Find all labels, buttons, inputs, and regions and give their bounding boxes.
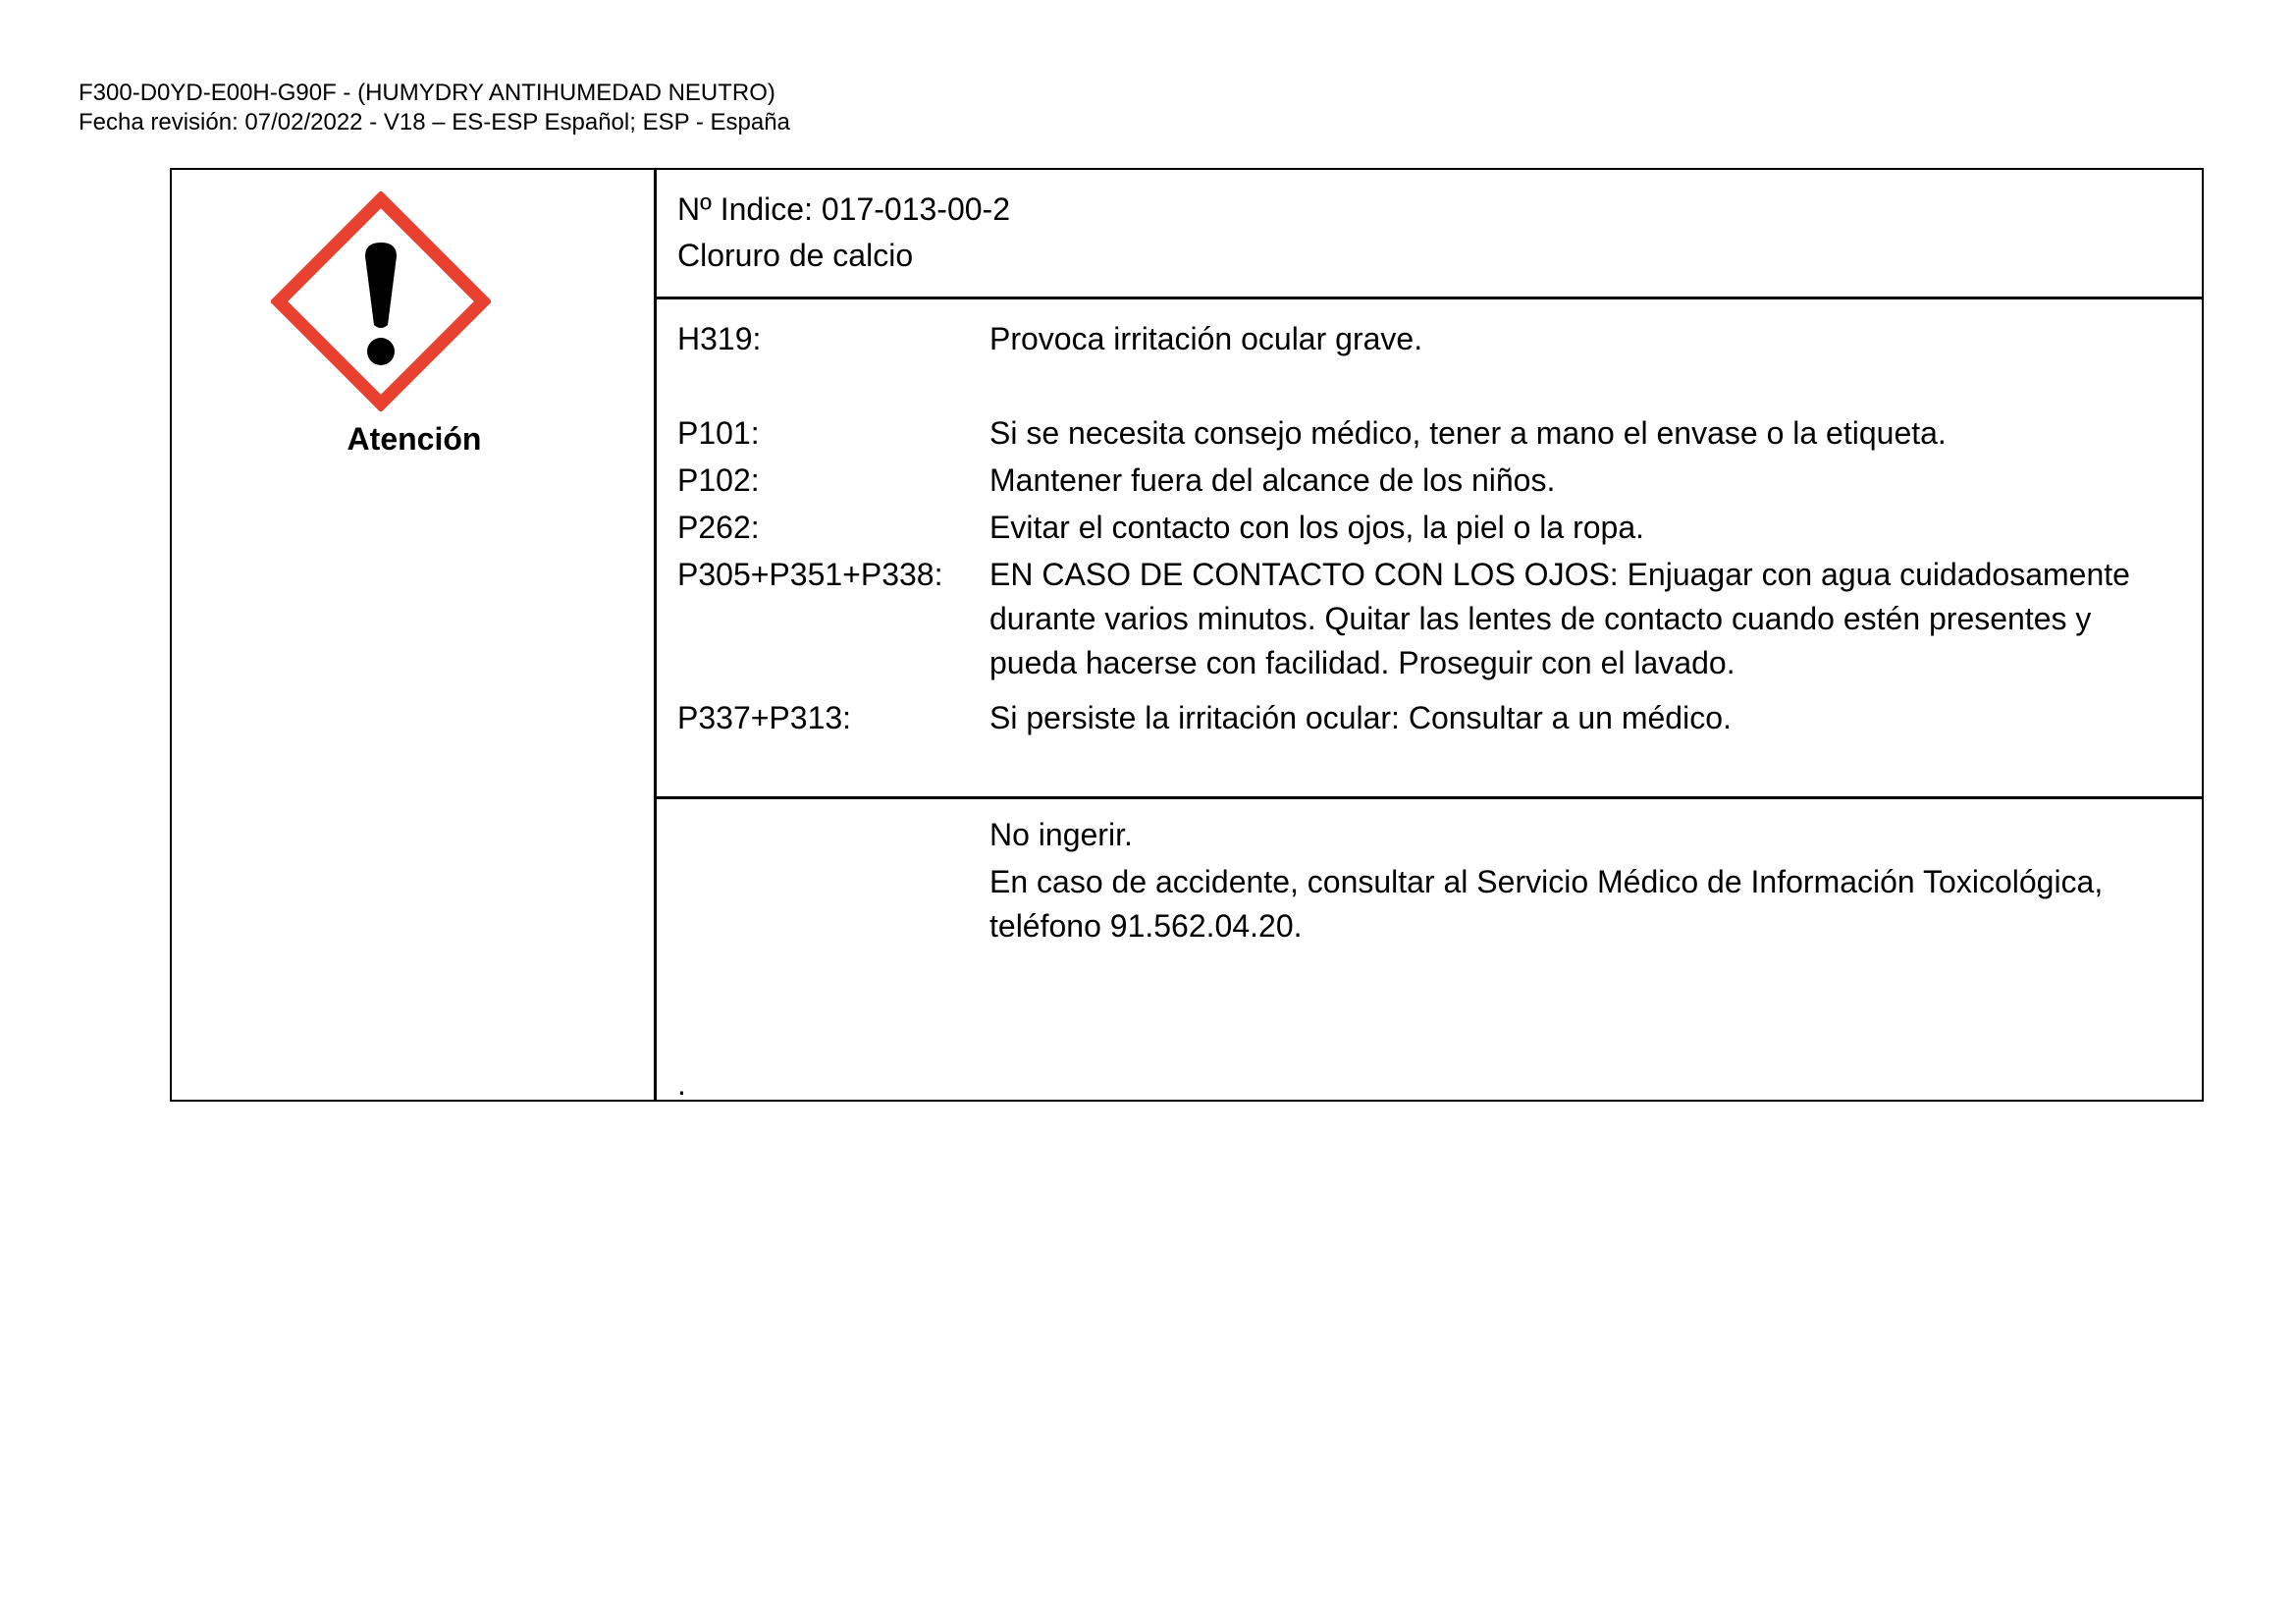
statement-text: Si persiste la irritación ocular: Consul…: [989, 696, 2187, 740]
statement-code: P337+P313:: [677, 696, 851, 740]
index-number: Nº Indice: 017-013-00-2: [677, 188, 1010, 232]
revision-line: Fecha revisión: 07/02/2022 - V18 – ES-ES…: [79, 108, 790, 137]
substance-identity-row: Nº Indice: 017-013-00-2 Cloruro de calci…: [657, 170, 2202, 299]
hazard-precautionary-statements: H319: Provoca irritación ocular grave. P…: [657, 299, 2202, 799]
statement-text: Evitar el contacto con los ojos, la piel…: [989, 506, 2187, 550]
additional-information-row: No ingerir. En caso de accidente, consul…: [657, 799, 2202, 1100]
label-content: Nº Indice: 017-013-00-2 Cloruro de calci…: [657, 170, 2202, 1100]
additional-line: teléfono 91.562.04.20.: [989, 904, 1303, 948]
trailing-mark: .: [677, 1062, 686, 1107]
statement-code: P262:: [677, 506, 760, 550]
statement-code: P101:: [677, 411, 760, 456]
product-code-line: F300-D0YD-E00H-G90F - (HUMYDRY ANTIHUMED…: [79, 79, 790, 108]
statement-code: H319:: [677, 317, 761, 361]
statement-text: Si se necesita consejo médico, tener a m…: [989, 411, 2187, 456]
statement-text: Mantener fuera del alcance de los niños.: [989, 459, 2187, 503]
additional-line: No ingerir.: [989, 813, 1133, 857]
substance-name: Cloruro de calcio: [677, 234, 913, 278]
hazard-label-table: Atención Nº Indice: 017-013-00-2 Cloruro…: [170, 168, 2204, 1102]
signal-word: Atención: [172, 419, 657, 459]
statement-text: EN CASO DE CONTACTO CON LOS OJOS: Enjuag…: [989, 553, 2187, 685]
statement-code: P305+P351+P338:: [677, 553, 942, 597]
exclamation-mark-diamond-icon: [271, 191, 491, 411]
document-header: F300-D0YD-E00H-G90F - (HUMYDRY ANTIHUMED…: [79, 79, 790, 137]
additional-line: En caso de accidente, consultar al Servi…: [989, 860, 2103, 904]
statement-code: P102:: [677, 459, 760, 503]
pictogram-cell: Atención: [172, 170, 657, 1100]
statement-text: Provoca irritación ocular grave.: [989, 317, 2187, 361]
